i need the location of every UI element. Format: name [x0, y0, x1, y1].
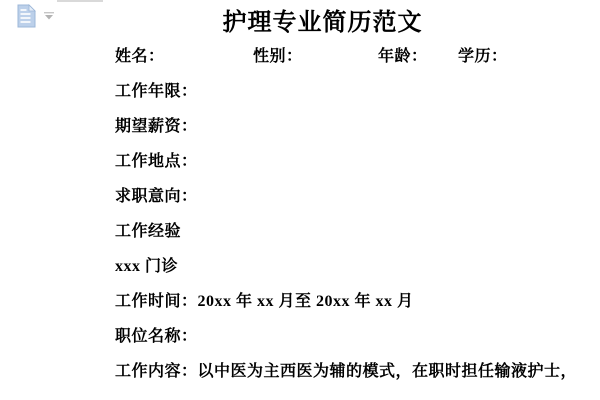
paste-options-button[interactable] [16, 4, 56, 31]
document-body: 姓名： 性别： 年龄： 学历： 工作年限： 期望薪资： 工作地点： 求职意向： … [115, 39, 585, 389]
work-experience-heading: 工作经验 [115, 214, 585, 249]
info-row: 姓名： 性别： 年龄： 学历： [115, 39, 585, 74]
page-title: 护理专业简历范文 [115, 2, 530, 37]
clinic-name-line: xxx 门诊 [115, 249, 585, 284]
education-label: 学历： [458, 39, 508, 74]
dropdown-arrow-icon[interactable] [43, 11, 55, 20]
age-label: 年龄： [378, 39, 428, 74]
work-content-line: 工作内容：以中医为主西医为辅的模式，在职时担任输液护士， [115, 354, 585, 389]
work-time-line: 工作时间：20xx 年 xx 月至 20xx 年 xx 月 [115, 284, 585, 319]
work-location-line: 工作地点： [115, 144, 585, 179]
work-years-line: 工作年限： [115, 74, 585, 109]
gender-label: 性别： [253, 39, 303, 74]
position-name-line: 职位名称： [115, 319, 585, 354]
name-label: 姓名： [115, 39, 165, 74]
document-page: 护理专业简历范文 姓名： 性别： 年龄： 学历： 工作年限： 期望薪资： 工作地… [0, 0, 600, 400]
toolbar-edge-fragment [57, 0, 103, 2]
job-intention-line: 求职意向： [115, 179, 585, 214]
expected-salary-line: 期望薪资： [115, 109, 585, 144]
